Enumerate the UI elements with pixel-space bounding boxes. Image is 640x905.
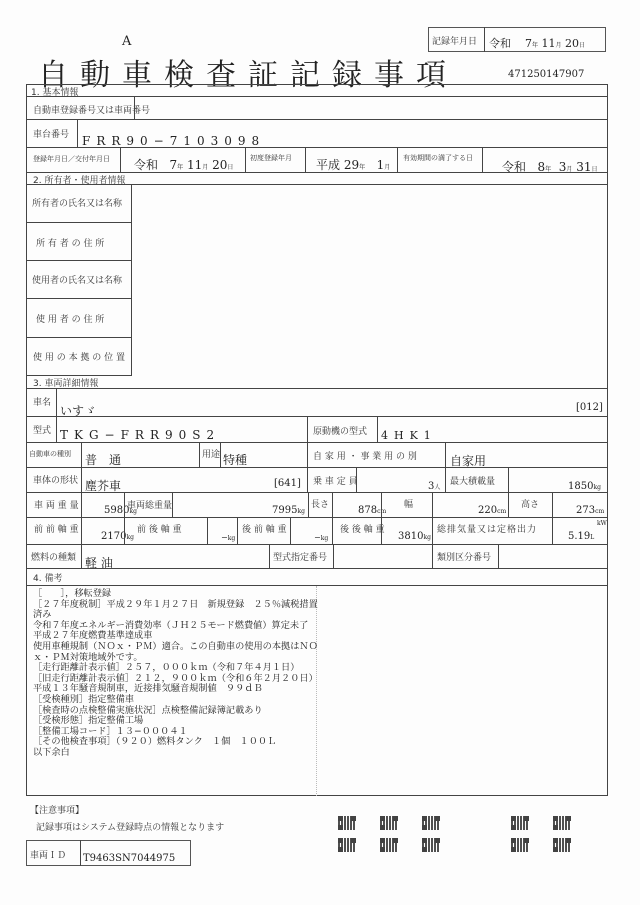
length-label: 長さ [311, 497, 329, 510]
qr-code-icon [380, 816, 398, 830]
user-address-label: 使 用 者 の 住 所 [36, 312, 104, 325]
remarks-line: ［受検種別］指定整備車 [33, 695, 318, 706]
unit-cm: cm [497, 508, 506, 515]
unit-month: 月 [556, 42, 562, 49]
max-load-number: 1850 [568, 481, 593, 492]
rear-rear-axle-label: 後 後 軸 重 [340, 522, 385, 535]
qr-code-icon [511, 816, 529, 830]
gross-weight-number: 7995 [272, 505, 297, 516]
unit-year: 年 [359, 164, 365, 171]
category-value: 普 通 [85, 451, 121, 468]
owner-address-label: 所 有 者 の 住 所 [36, 236, 104, 249]
first-registration-label: 初度登録年月 [250, 153, 292, 163]
chassis-number-value: FRR90−7103098 [82, 134, 265, 148]
day: 20 [565, 37, 579, 50]
category-label: 自動車の種別 [29, 449, 71, 459]
day: 20 [212, 158, 227, 172]
height-value: 273cm [576, 505, 604, 516]
first-registration-value: 平成 29年 1月 [316, 156, 390, 173]
unit-year: 年 [177, 164, 183, 171]
gross-weight-value: 7995kg [272, 505, 305, 516]
rf-axle-number: − [314, 533, 321, 542]
body-code: [641] [274, 478, 301, 489]
unit-kg: kg [593, 484, 600, 491]
fuel-label: 燃料の種類 [31, 550, 76, 563]
make-label: 車名 [33, 395, 51, 408]
unit-kg: kg [228, 535, 235, 542]
expiry-label: 有効期間の満了する日 [403, 153, 473, 163]
rr-axle-number: 3810 [398, 531, 423, 542]
unit-kw: kW [597, 520, 607, 527]
record-date-label: 記録年月日 [432, 34, 477, 47]
displacement-label: 総排気量又は定格出力 [437, 522, 537, 535]
year: 7 [525, 37, 532, 50]
width-label: 幅 [404, 497, 413, 510]
capacity-value: 3人 [428, 481, 440, 492]
record-date-value: 令和 7年 11月 20日 [489, 35, 585, 51]
notes-title: 【注意事項】 [30, 803, 84, 816]
year: 29 [344, 158, 359, 172]
era: 令和 [489, 37, 511, 50]
qr-code-icon [380, 838, 398, 852]
model-value: TKG−FRR90S2 [60, 428, 220, 442]
ff-axle-number: 2170 [101, 531, 126, 542]
unit-l: L [590, 534, 594, 541]
qr-code-icon [338, 816, 356, 830]
width-number: 220 [478, 505, 497, 516]
type-designation-label: 型式指定番号 [273, 550, 327, 563]
max-load-value: 1850kg [568, 481, 601, 492]
unit-person: 人 [434, 484, 440, 491]
usage-label: 用途 [202, 447, 220, 460]
vehicle-id-label: 車両ＩＤ [30, 848, 66, 861]
rear-rear-axle-value: 3810kg [398, 531, 431, 542]
make-code: [012] [576, 402, 603, 413]
front-rear-axle-label: 前 後 軸 重 [137, 522, 182, 535]
unit-year: 年 [532, 42, 538, 49]
displacement-number: 5.19 [568, 531, 590, 542]
engine-value: 4HK1 [381, 429, 437, 442]
notes-text: 記録事項はシステム登録時点の情報となります [36, 820, 224, 833]
length-number: 878 [358, 505, 377, 516]
month: 11 [187, 158, 202, 172]
usage-value: 特種 [223, 451, 247, 468]
remarks-text: ［ ］，移転登録［２７年度税制］平成２９年１月２７日 新規登録 ２５％減税措置済… [33, 589, 318, 759]
unit-kg: kg [126, 534, 133, 541]
form-mark: A [122, 34, 131, 49]
month: 11 [542, 37, 556, 50]
private-business-label: 自 家 用 ・ 事 業 用 の 別 [313, 449, 417, 462]
body-label: 車体の形状 [33, 473, 78, 486]
rear-front-axle-label: 後 前 軸 重 [242, 522, 287, 535]
qr-code-icon [553, 816, 571, 830]
era: 令和 [134, 158, 158, 172]
displacement-value: 5.19L [568, 531, 594, 542]
width-value: 220cm [478, 505, 506, 516]
unit-day: 日 [227, 164, 233, 171]
base-location-label: 使 用 の 本 拠 の 位 置 [33, 350, 125, 363]
registration-date-label: 登録年月日／交付年月日 [33, 154, 110, 164]
front-front-axle-label: 前 前 軸 重 [34, 522, 79, 535]
document-number: 471250147907 [508, 69, 584, 80]
unit-month: 月 [384, 164, 390, 171]
remarks-line: 以下余白 [33, 748, 318, 759]
fr-axle-number: − [221, 533, 228, 542]
unit-cm: cm [595, 508, 604, 515]
registration-date-value: 令和 7年 11月 20日 [134, 156, 233, 173]
height-label: 高さ [521, 497, 539, 510]
qr-code-icon [422, 838, 440, 852]
class-number-label: 類別区分番号 [437, 550, 491, 563]
owner-name-label: 所有者の氏名又は名称 [32, 196, 122, 209]
qr-code-icon [553, 838, 571, 852]
weight-number: 5980 [104, 505, 129, 516]
rear-front-axle-value: −kg [314, 533, 328, 542]
unit-kg: kg [297, 508, 304, 515]
chassis-number-label: 車台番号 [33, 127, 69, 140]
model-label: 型式 [33, 423, 51, 436]
registration-number-label: 自動車登録番号又は車両番号 [33, 103, 150, 116]
unit-day: 日 [579, 42, 585, 49]
remarks-line: ［ ］，移転登録 [33, 589, 318, 600]
remarks-line: ［その他検査事項］（９２０）燃料タンク １個 １００Ｌ [33, 737, 318, 748]
qr-code-icon [422, 816, 440, 830]
engine-label: 原動機の型式 [313, 424, 367, 437]
front-rear-axle-value: −kg [221, 533, 235, 542]
unit-month: 月 [202, 164, 208, 171]
vehicle-id-value: T9463SN7044975 [83, 853, 175, 864]
unit-kg: kg [423, 534, 430, 541]
qr-code-icon [338, 838, 356, 852]
max-load-label: 最大積載量 [450, 474, 495, 487]
section4-title: 4. 備考 [33, 571, 62, 584]
remarks-line: 使用車種規制（ＮＯｘ・ＰＭ）適合。この自動車の使用の本拠はＮＯ [33, 642, 318, 653]
unit-kg: kg [321, 535, 328, 542]
gross-weight-label: 車両総重量 [127, 498, 172, 511]
weight-label: 車 両 重 量 [34, 498, 79, 511]
capacity-label: 乗 車 定 員 [313, 474, 358, 487]
qr-code-icon [511, 838, 529, 852]
remarks-line: ［２７年度税制］平成２９年１月２７日 新規登録 ２５％減税措置 [33, 600, 318, 611]
front-front-axle-value: 2170kg [101, 531, 134, 542]
user-name-label: 使用者の氏名又は名称 [32, 273, 122, 286]
year: 7 [169, 158, 177, 172]
height-number: 273 [576, 505, 595, 516]
era: 平成 [316, 158, 340, 172]
